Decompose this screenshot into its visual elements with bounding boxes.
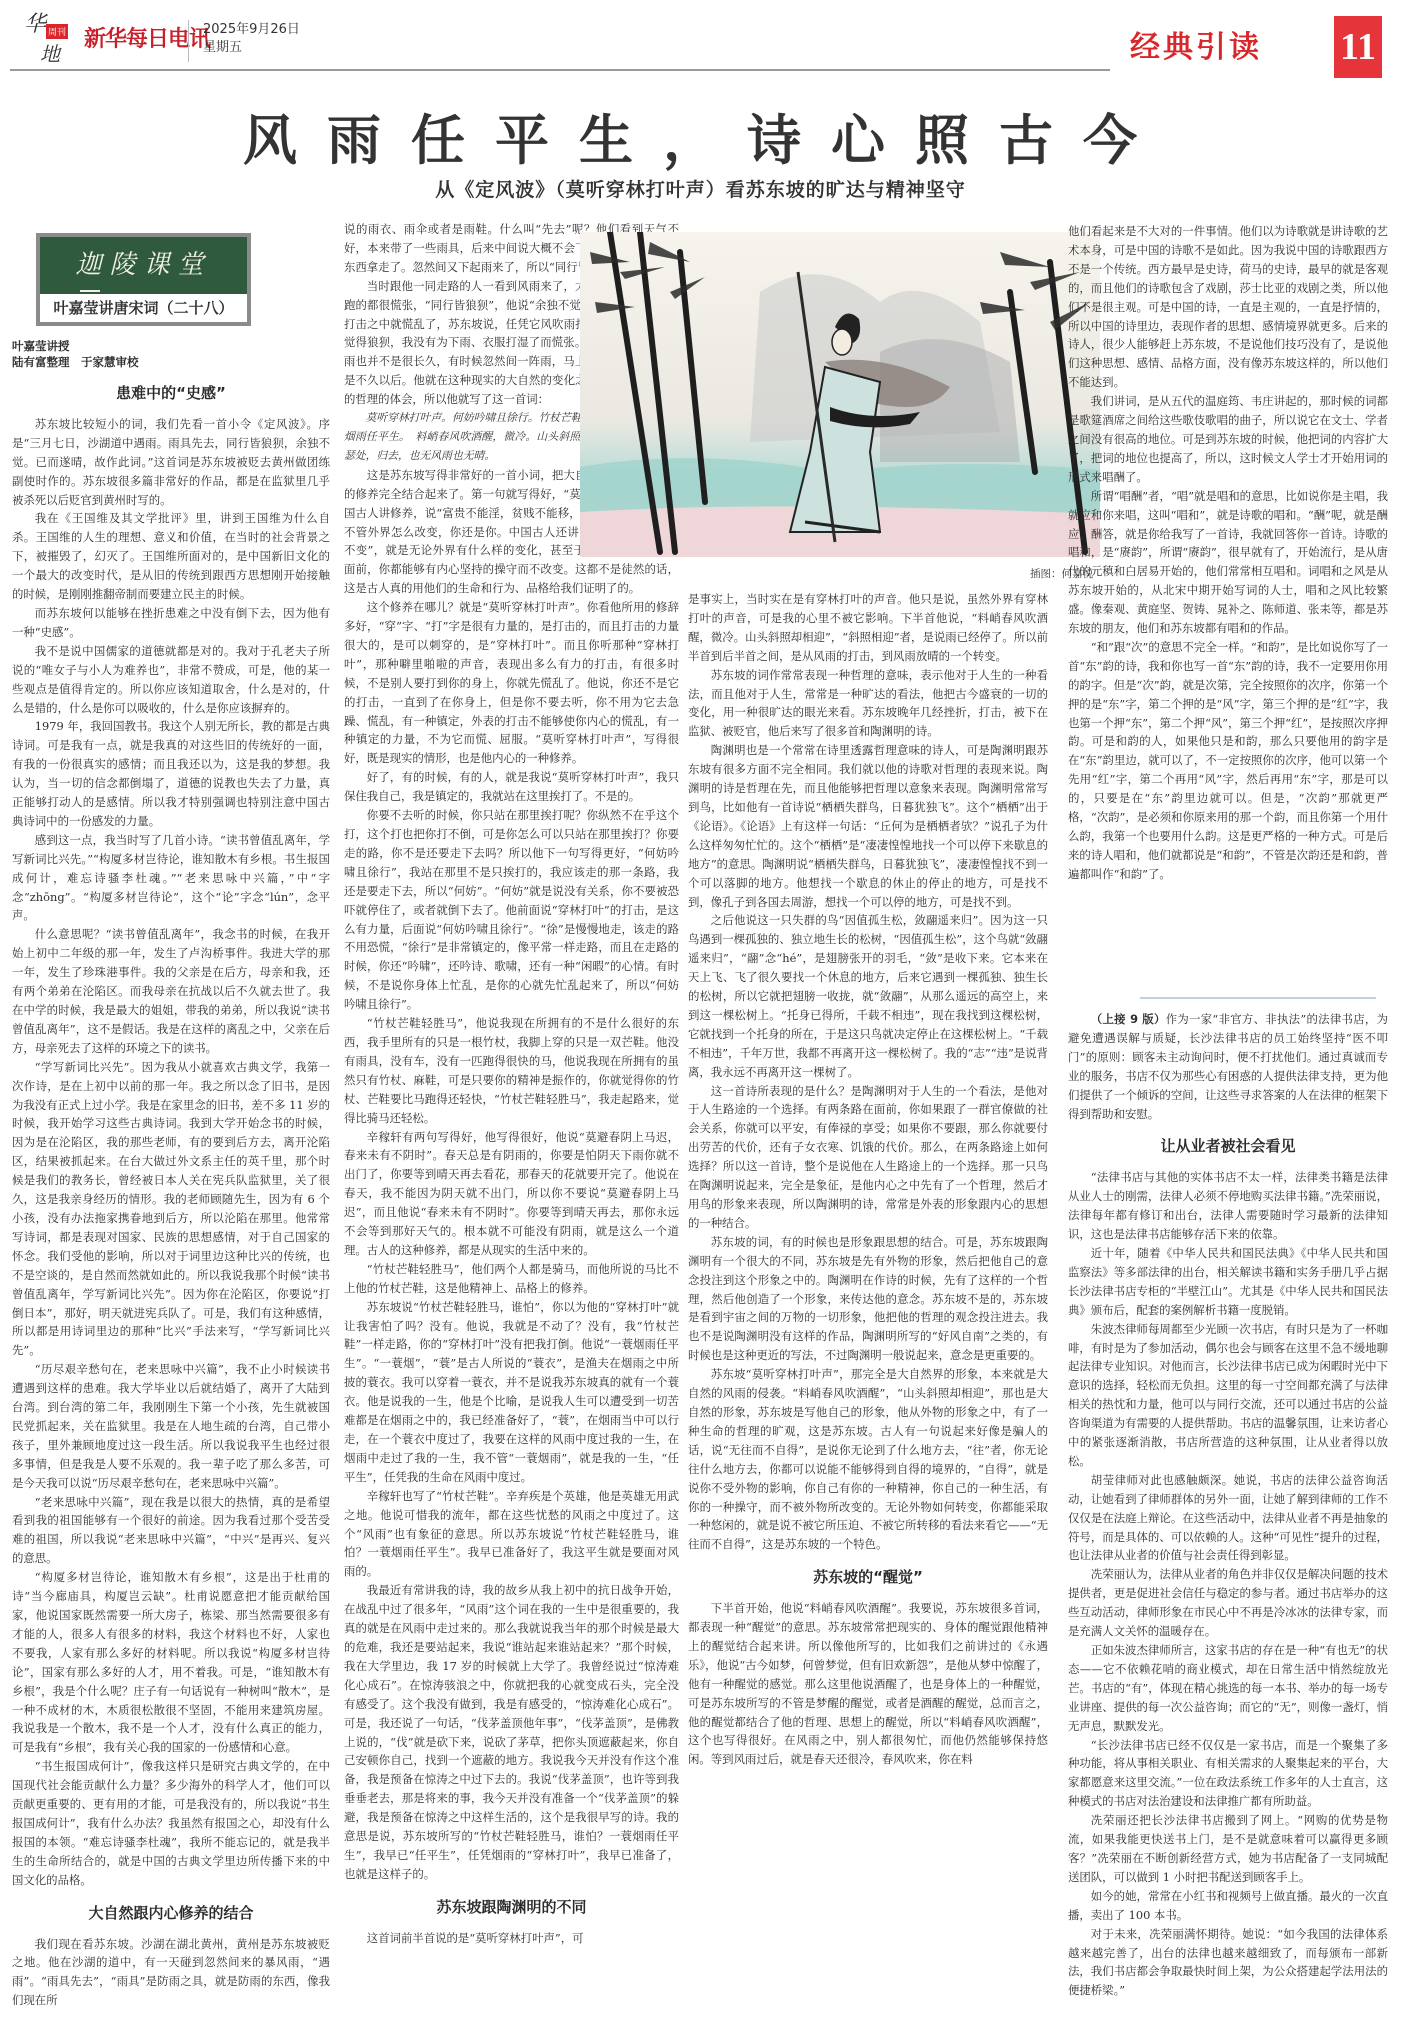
paragraph: 我们现在看苏东坡。沙湖在湖北黄州，黄州是苏东坡被贬之地。他在沙湖的道中，有一天碰… bbox=[12, 1935, 330, 2011]
logo-char-2: 地 bbox=[40, 38, 60, 67]
paragraph: 苏东坡“莫听穿林打叶声”，那完全是大自然界的形象，本来就是大自然的风雨的侵袭。“… bbox=[688, 1365, 1048, 1554]
paragraph: 胡莹律师对此也感触颇深。她说，书店的法律公益咨询活动，让她看到了律师群体的另外一… bbox=[1068, 1471, 1388, 1566]
issue-date: 2025年9月26日 bbox=[203, 21, 300, 39]
story-divider bbox=[1140, 997, 1376, 999]
paragraph: 你要不去听的时候，你只站在那里挨打呢？你纵然不在乎这个打，这个打也把你打不倒，可… bbox=[344, 806, 679, 1014]
newspaper-brand: 新华每日电讯 bbox=[84, 22, 210, 53]
paragraph: 这一首诗所表现的是什么？是陶渊明对于人生的一个看法，是他对于人生路途的一个选择。… bbox=[688, 1082, 1048, 1233]
column-1: 叶嘉莹讲授 陆有富整理 于家慧审校 患难中的“史感” 苏东坡比较短小的词，我们先… bbox=[12, 338, 330, 2010]
paragraph: “竹杖芒鞋轻胜马”，他说我现在所拥有的不是什么很好的东西，我手里所有的只是一根竹… bbox=[344, 1014, 679, 1127]
issue-date-block: 2025年9月26日 星期五 bbox=[203, 21, 300, 57]
column-4-bookstore-story: （上接 9 版）作为一家“非官方、非执法”的法律书店，为避免遭遇误解与质疑，长沙… bbox=[1068, 1010, 1388, 2000]
byline-lecturer: 叶嘉莹讲授 bbox=[12, 338, 330, 354]
illustration-su-dongpo bbox=[580, 232, 1100, 557]
masthead-separator bbox=[188, 20, 189, 62]
paragraph: 陶渊明也是一个常常在诗里透露哲理意味的诗人，可是陶渊明跟苏东坡有很多方面不完全相… bbox=[688, 741, 1048, 911]
article-headline: 风雨任平生，诗心照古今 bbox=[120, 98, 1290, 175]
paragraph: “历尽艰辛愁句在，老来思咏中兴篇”，我不止小时候读书遭遇到这样的患难。我大学毕业… bbox=[12, 1360, 330, 1492]
section-heading: 让从业者被社会看见 bbox=[1068, 1137, 1388, 1156]
article-subheadline: 从《定风波》（莫听穿林打叶声）看苏东坡的旷达与精神坚守 bbox=[0, 175, 1401, 202]
byline-editors: 陆有富整理 于家慧审校 bbox=[12, 354, 330, 370]
section-heading: 苏东坡跟陶渊明的不同 bbox=[344, 1898, 679, 1917]
paragraph: 什么意思呢？“读书曾值乱离年”，我念书的时候，在我开始上初中二年级的那一年，发生… bbox=[12, 925, 330, 1057]
section-heading: 大自然跟内心修养的结合 bbox=[12, 1904, 330, 1923]
paragraph: 他们看起来是不大对的一件事情。他们以为诗歌就是讲诗歌的艺术本身，可是中国的诗歌不… bbox=[1068, 222, 1388, 392]
paragraph: 辛稼轩也写了“竹杖芒鞋”。辛弃疾是个英雄，他是英雄无用武之地。他说可惜我的流年，… bbox=[344, 1487, 679, 1582]
chalkboard-title: 迦陵课堂 bbox=[40, 237, 247, 294]
series-name: 叶嘉莹讲唐宋词（二十八） bbox=[40, 294, 247, 322]
paragraph: 所谓“唱酬”者，“唱”就是唱和的意思，比如说你是主唱，我就应和你来唱，这叫“唱和… bbox=[1068, 487, 1388, 638]
paragraph: 是事实上，当时实在是有穿林打叶的声音。他只是说，虽然外界有穿林打叶的声音，可是我… bbox=[688, 590, 1048, 666]
paragraph: 苏东坡的词作常常表现一种哲理的意味，表示他对于人生的一种看法，而且他对于人生，常… bbox=[688, 666, 1048, 742]
paragraph: 我们讲词，是从五代的温庭筠、韦庄讲起的，那时候的词都是歌筵酒席之间给这些歌伎歌唱… bbox=[1068, 392, 1388, 487]
paragraph: 我不是说中国儒家的道德就都是对的。我对于孔老夫子所说的“唯女子与小人为难养也”，… bbox=[12, 642, 330, 718]
section-heading: 苏东坡的“醒觉” bbox=[688, 1568, 1048, 1587]
weekly-logo: 华 周刊 地 bbox=[24, 14, 70, 62]
paragraph: “长沙法律书店已经不仅仅是一家书店，而是一个聚集了多种功能，将从事相关职业、有相… bbox=[1068, 1736, 1388, 1812]
weekly-badge: 周刊 bbox=[46, 24, 68, 39]
logo-char-1: 华 bbox=[24, 14, 46, 36]
paragraph: “书生报国成何计”，像我这样只是研究古典文学的，在中国现代社会能贡献什么力量？多… bbox=[12, 1757, 330, 1889]
paragraph: （上接 9 版）作为一家“非官方、非执法”的法律书店，为避免遭遇误解与质疑，长沙… bbox=[1068, 1010, 1388, 1123]
paragraph: 我最近有常讲我的诗，我的故乡从我上初中的抗日战争开始，在战乱中过了很多年，“风雨… bbox=[344, 1581, 679, 1884]
paragraph: 而苏东坡何以能够在挫折患难之中没有倒下去，因为他有一种“史感”。 bbox=[12, 604, 330, 642]
paragraph-text: 作为一家“非官方、非执法”的法律书店，为避免遭遇误解与质疑，长沙法律书店的员工始… bbox=[1068, 1012, 1388, 1121]
paragraph: 对于未来，冼荣丽满怀期待。她说：“如今我国的法律体系越来越完善了，出台的法律也越… bbox=[1068, 1925, 1388, 2001]
ink-painting-icon bbox=[580, 232, 1100, 557]
paragraph: 朱波杰律师每周都至少光顾一次书店，有时只是为了一杯咖啡，有时是为了参加活动，偶尔… bbox=[1068, 1320, 1388, 1471]
paragraph: “构厦多材岂待论，谁知散木有乡根”，这是出于杜甫的诗“当今廊庙具，构厦岂云缺”。… bbox=[12, 1568, 330, 1757]
paragraph: 之后他说这一只失群的鸟“因值孤生松，敛翮遥来归”。因为这一只鸟遇到一棵孤独的、独… bbox=[688, 911, 1048, 1081]
series-banner: 迦陵课堂 叶嘉莹讲唐宋词（二十八） bbox=[36, 233, 251, 326]
column-3: 是事实上，当时实在是有穿林打叶的声音。他只是说，虽然外界有穿林打叶的声音，可是我… bbox=[688, 590, 1048, 1769]
paragraph: 苏东坡的词，有的时候也是形象跟思想的结合。可是，苏东坡跟陶渊明有一个很大的不同，… bbox=[688, 1233, 1048, 1365]
paragraph: 苏东坡说“竹杖芒鞋轻胜马，谁怕”，你以为他的“穿林打叶”就让我害怕了吗？没有。他… bbox=[344, 1298, 679, 1487]
paragraph: “法律书店与其他的实体书店不太一样，法律类书籍是法律从业人士的刚需，法律人必须不… bbox=[1068, 1168, 1388, 1244]
paragraph: 感到这一点，我当时写了几首小诗。“读书曾值乱离年，学写新词比兴先。”“构厦多材岂… bbox=[12, 831, 330, 926]
section-heading: 患难中的“史感” bbox=[12, 384, 330, 403]
issue-weekday: 星期五 bbox=[203, 39, 300, 57]
masthead: 华 周刊 地 新华每日电讯 2025年9月26日 星期五 经典引读 11 bbox=[0, 0, 1401, 72]
continued-from-label: （上接 9 版） bbox=[1091, 1012, 1166, 1026]
paragraph: “和”跟“次”的意思不完全一样。“和韵”，是比如说你写了一首“东”韵的诗，我和你… bbox=[1068, 638, 1388, 884]
paragraph: 这个修养在哪儿？就是“莫听穿林打叶声”。你看他所用的修辞多好，“穿”字、“打”字… bbox=[344, 598, 679, 768]
paragraph: 如今的她，常常在小红书和视频号上做直播。最火的一次直播，卖出了 100 本书。 bbox=[1068, 1887, 1388, 1925]
paragraph: 近十年，随着《中华人民共和国民法典》《中华人民共和国监察法》等多部法律的出台，相… bbox=[1068, 1244, 1388, 1320]
paragraph: “学写新词比兴先”。因为我从小就喜欢古典文学，我第一次作诗，是在上初中以前的那一… bbox=[12, 1058, 330, 1361]
paragraph: 冼荣丽认为，法律从业者的角色并非仅仅是解决问题的技术提供者，更是促进社会信任与稳… bbox=[1068, 1565, 1388, 1641]
paragraph: 冼荣丽还把长沙法律书店搬到了网上。“网购的优势是物流，如果我能更快送书上门，是不… bbox=[1068, 1811, 1388, 1887]
paragraph: 这首词前半首说的是“莫听穿林打叶声”，可 bbox=[344, 1929, 679, 1948]
paragraph: “竹杖芒鞋轻胜马”，他们两个人都是骑马，而他所说的马比不上他的竹杖芒鞋，这是他精… bbox=[344, 1260, 679, 1298]
paragraph: 苏东坡比较短小的词，我们先看一首小令《定风波》。序是“三月七日，沙湖道中遇雨。雨… bbox=[12, 415, 330, 510]
masthead-rule bbox=[10, 69, 1110, 71]
section-title: 经典引读 bbox=[1130, 22, 1262, 66]
paragraph: “老来思咏中兴篇”，现在我是以很大的热情，真的是希望看到我的祖国能够有一个很好的… bbox=[12, 1493, 330, 1569]
paragraph: 1979 年，我回国教书。我这个人别无所长，教的都是古典诗词。可是我有一点，就是… bbox=[12, 717, 330, 830]
page-number: 11 bbox=[1334, 16, 1382, 78]
paragraph: 下半首开始，他说“料峭春风吹酒醒”。我要说，苏东坡很多首词，都表现一种“醒觉”的… bbox=[688, 1599, 1048, 1769]
paragraph: 我在《王国维及其文学批评》里，讲到王国维为什么自杀。王国维的人生的理想、意义和价… bbox=[12, 509, 330, 604]
paragraph: 好了，有的时候，有的人，就是我说“莫听穿林打叶声”，我只保住我自己，我是镇定的，… bbox=[344, 768, 679, 806]
column-4: 他们看起来是不大对的一件事情。他们以为诗歌就是讲诗歌的艺术本身，可是中国的诗歌不… bbox=[1068, 222, 1388, 884]
paragraph: 正如朱波杰律师所言，这家书店的存在是一种“有也无”的状态——它不依赖花哨的商业模… bbox=[1068, 1641, 1388, 1736]
paragraph: 辛稼轩有两句写得好，他写得很好，他说“莫避春阴上马迟，春来未有不阴时”。春天总是… bbox=[344, 1128, 679, 1260]
